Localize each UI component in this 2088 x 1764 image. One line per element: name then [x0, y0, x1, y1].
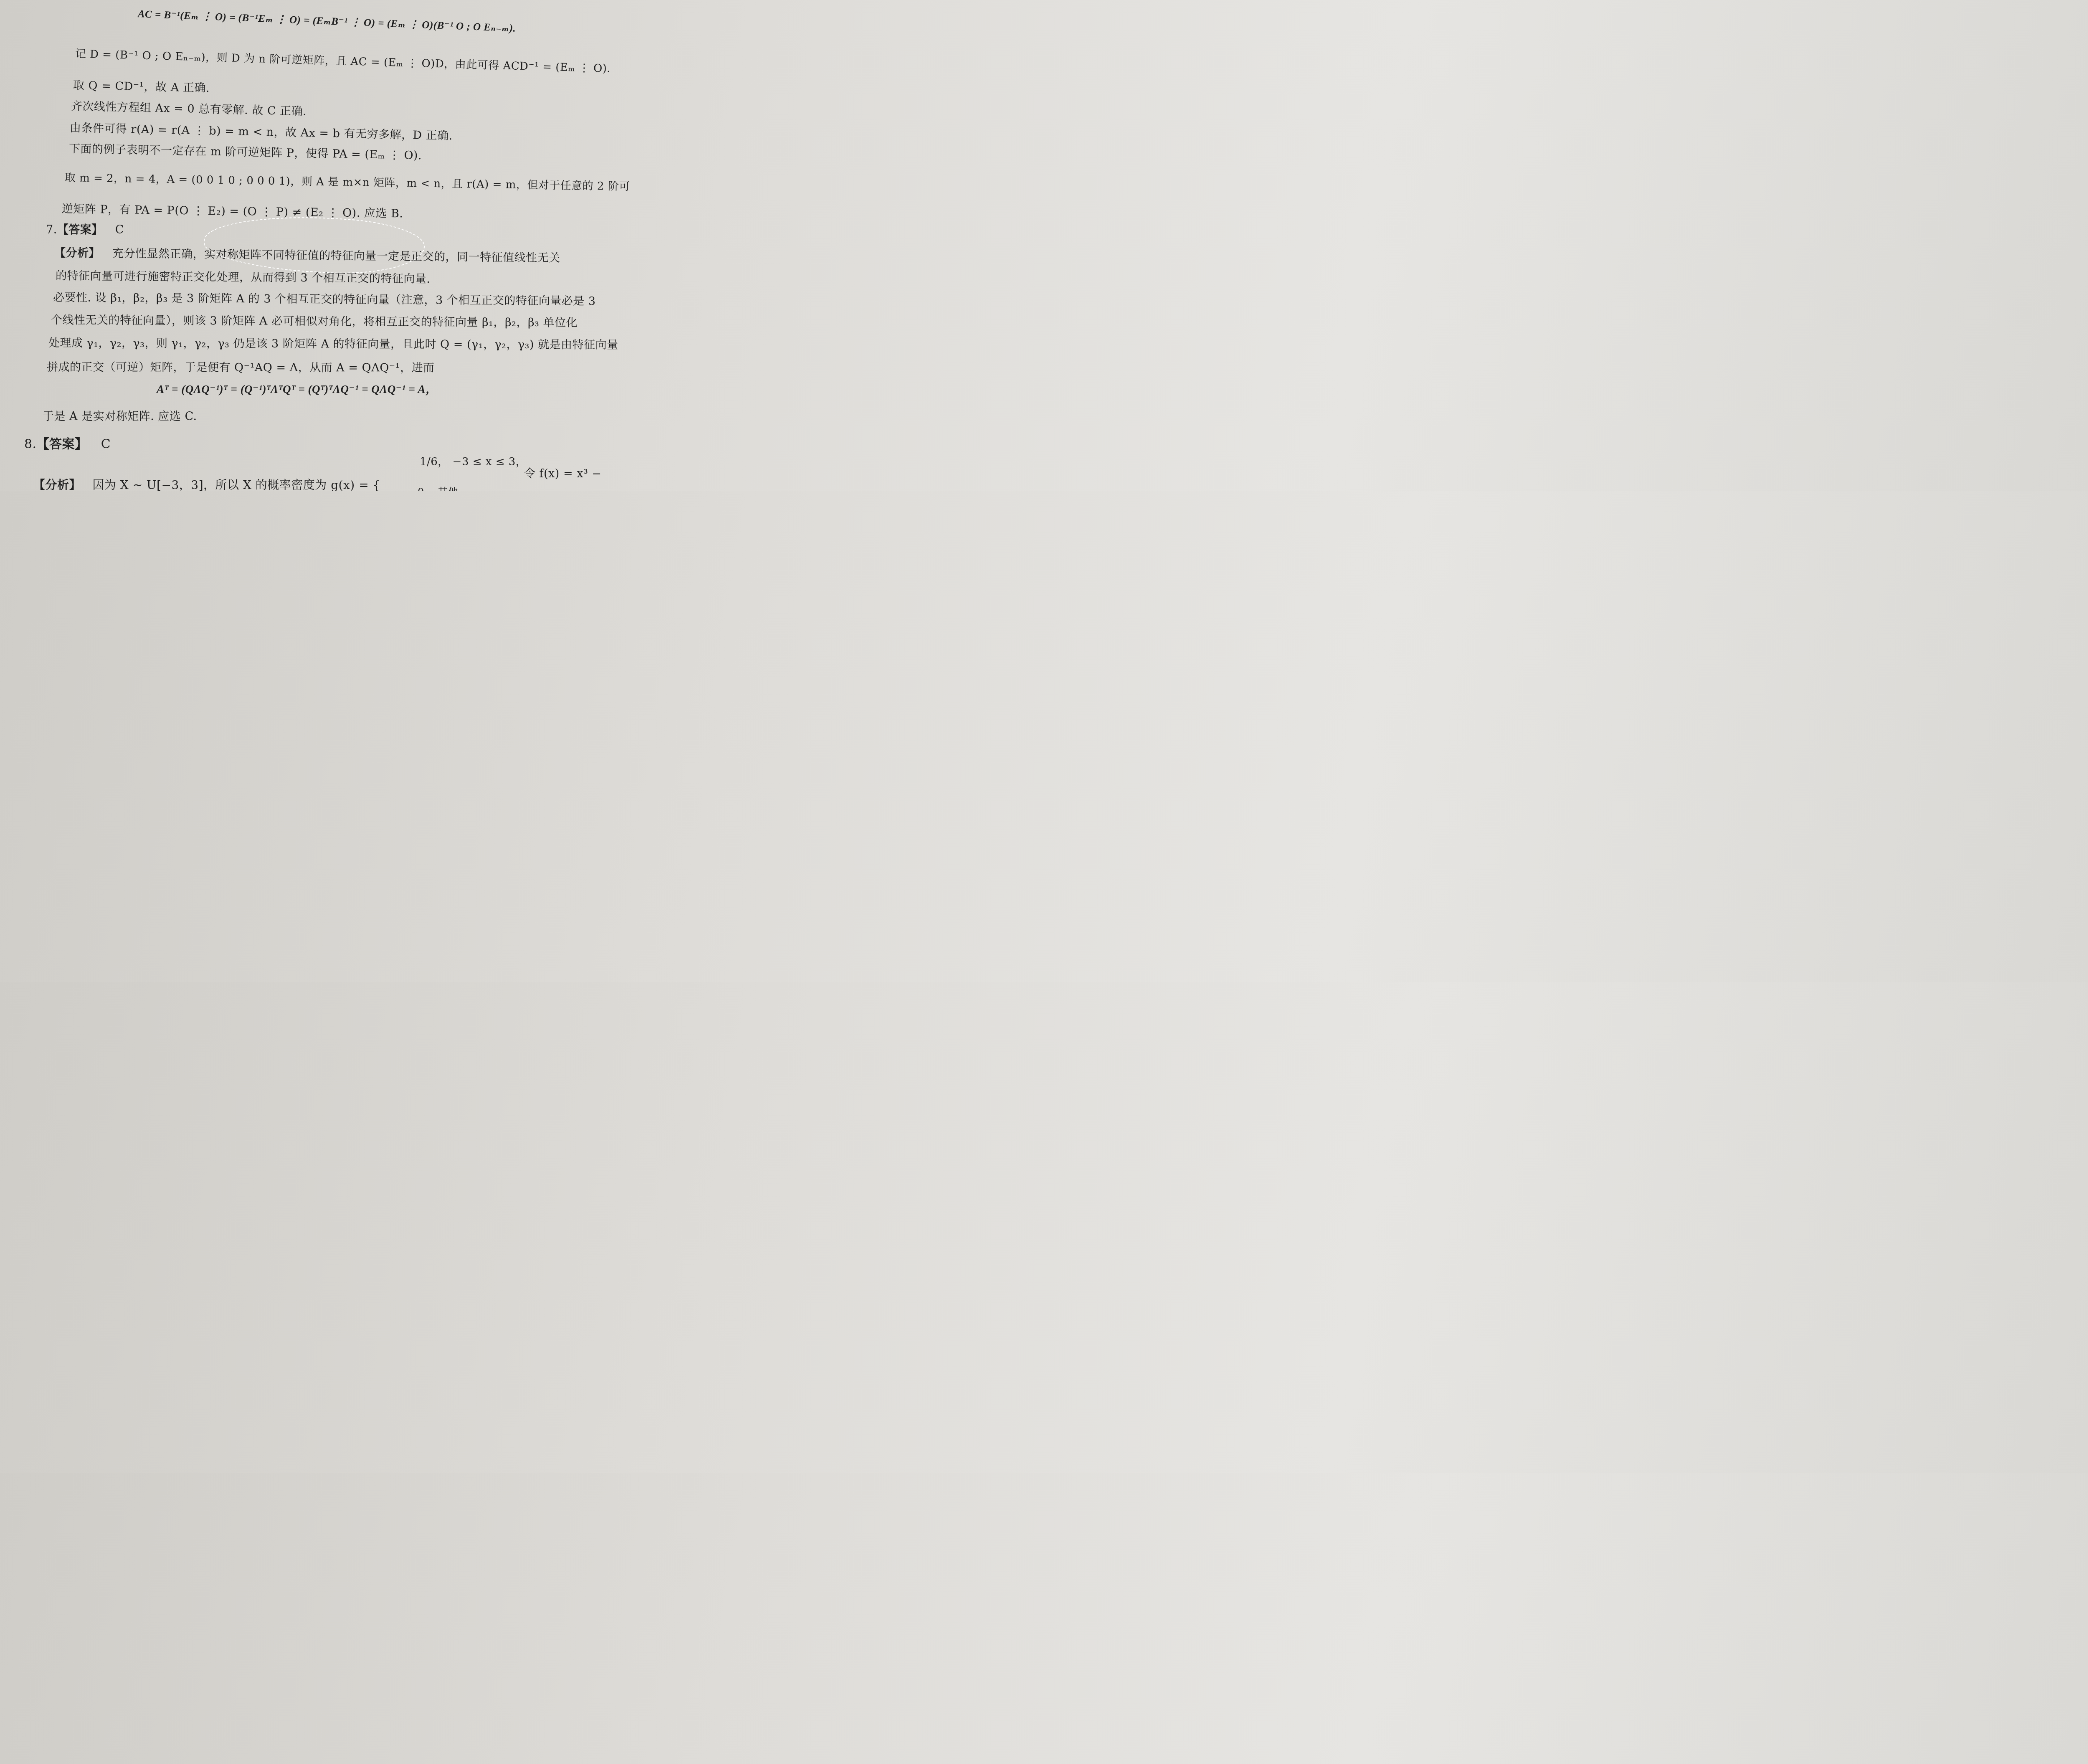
red-pen-mark — [493, 138, 651, 138]
q8-piecewise-top: 1/6， −3 ≤ x ≤ 3， — [420, 453, 527, 469]
q7-transpose-equation: Aᵀ = (QΛQ⁻¹)ᵀ = (Q⁻¹)ᵀΛᵀQᵀ = (Qᵀ)ᵀΛQ⁻¹ =… — [157, 380, 437, 396]
q7-analysis-line-6: 拼成的正交（可逆）矩阵，于是便有 Q⁻¹AQ = Λ，从而 A = QΛQ⁻¹，… — [47, 358, 435, 375]
q8-header: 8.【答案】 C — [24, 433, 111, 452]
q7-analysis-label: 【分析】 — [54, 246, 100, 260]
q8-number: 8. — [24, 437, 37, 451]
take-q-line: 取 Q = CD⁻¹，故 A 正确. — [73, 76, 210, 95]
q7-answer-label: 【答案】 — [57, 223, 103, 236]
q7-analysis-line-2: 的特征向量可进行施密特正交化处理，从而得到 3 个相互正交的特征向量. — [56, 266, 431, 286]
q8-trailing-text: 令 f(x) = x³ − — [524, 464, 601, 481]
homogeneous-line: 齐次线性方程组 Ax = 0 总有零解. 故 C 正确. — [71, 97, 307, 119]
counterexample-conclusion-line: 逆矩阵 P，有 PA = P(O ⋮ E₂) = (O ⋮ P) ≠ (E₂ ⋮… — [62, 200, 403, 220]
q8-analysis-line: 【分析】 因为 X ~ U[−3，3]，所以 X 的概率密度为 g(x) = { — [33, 476, 380, 491]
q7-number: 7. — [46, 223, 57, 236]
q8-answer: C — [101, 437, 111, 451]
equation-ac: AC = B⁻¹(Eₘ ⋮ O) = (B⁻¹Eₘ ⋮ O) = (EₘB⁻¹ … — [137, 8, 516, 35]
textbook-page: AC = B⁻¹(Eₘ ⋮ O) = (B⁻¹Eₘ ⋮ O) = (EₘB⁻¹ … — [0, 0, 655, 491]
q8-analysis-text: 因为 X ~ U[−3，3]，所以 X 的概率密度为 g(x) = { — [92, 478, 380, 491]
q7-header: 7.【答案】 C — [46, 220, 124, 237]
q7-analysis-line-4: 个线性无关的特征向量），则该 3 阶矩阵 A 必可相似对角化，将相互正交的特征向… — [51, 311, 578, 330]
counterexample-intro-line: 下面的例子表明不一定存在 m 阶可逆矩阵 P，使得 PA = (Eₘ ⋮ O). — [69, 139, 422, 162]
q7-conclusion: 于是 A 是实对称矩阵. 应选 C. — [43, 407, 197, 423]
q8-analysis-label: 【分析】 — [33, 478, 81, 491]
counterexample-matrix-line: 取 m = 2，n = 4，A = (0 0 1 0 ; 0 0 0 1)，则 … — [65, 169, 630, 193]
q7-analysis-line-3: 必要性. 设 β₁，β₂，β₃ 是 3 阶矩阵 A 的 3 个相互正交的特征向量… — [53, 288, 596, 308]
q7-answer: C — [115, 223, 124, 236]
q7-analysis-line-5: 处理成 γ₁，γ₂，γ₃，则 γ₁，γ₂，γ₃ 仍是该 3 阶矩阵 A 的特征向… — [48, 334, 618, 352]
q8-answer-label: 【答案】 — [37, 437, 88, 451]
define-d-line: 记 D = (B⁻¹ O ; O Eₙ₋ₘ)，则 D 为 n 阶可逆矩阵，且 A… — [75, 45, 611, 76]
q8-piecewise-bottom: 0， 其他 — [418, 484, 458, 491]
rank-condition-line: 由条件可得 r(A) = r(A ⋮ b) = m < n，故 Ax = b 有… — [70, 119, 453, 143]
